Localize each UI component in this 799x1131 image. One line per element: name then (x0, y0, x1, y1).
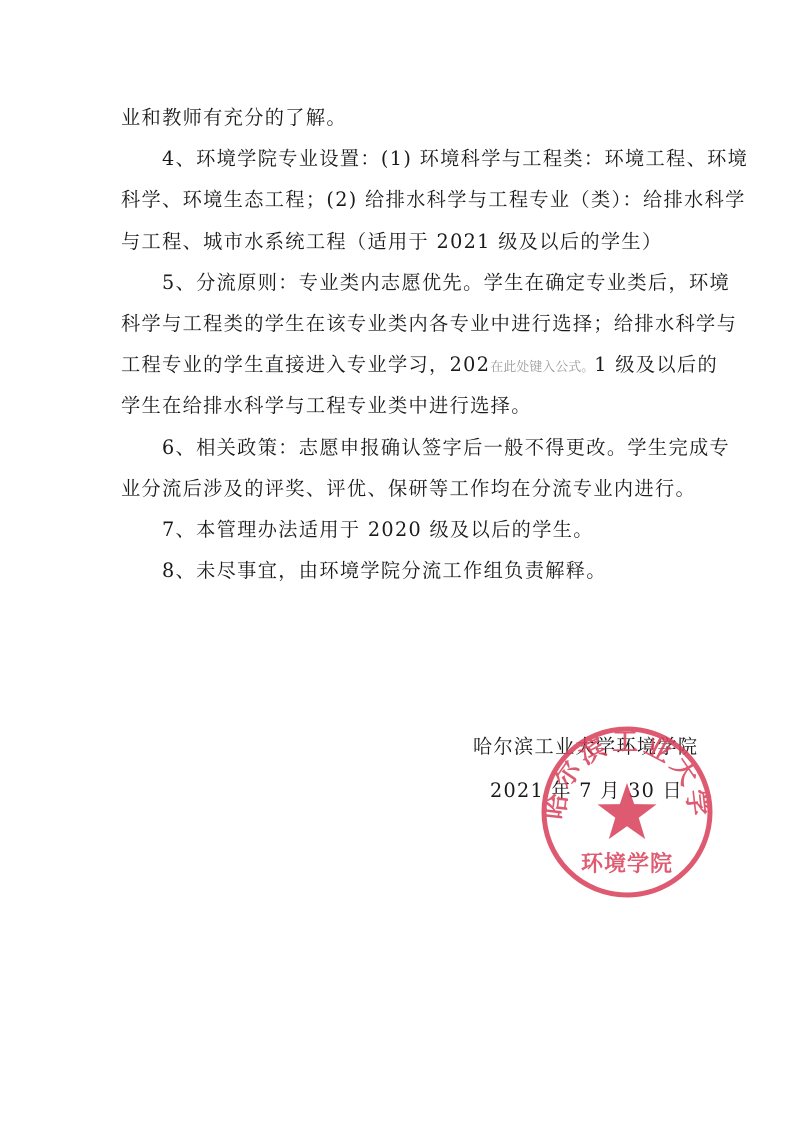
text-line-item-4: 4、环境学院专业设置：(1) 环境科学与工程类：环境工程、环境 (121, 138, 681, 179)
text-line: 科学、环境生态工程；(2) 给排水科学与工程专业（类）：给排水科学 (121, 179, 681, 220)
text-line: 科学与工程类的学生在该专业类内各专业中进行选择；给排水科学与 (121, 303, 681, 344)
seal-inner-text: 环境学院 (581, 851, 673, 877)
text-segment: 工程专业的学生直接进入专业学习，202 (121, 353, 490, 376)
document-page: 业和教师有充分的了解。 4、环境学院专业设置：(1) 环境科学与工程类：环境工程… (0, 0, 799, 1131)
signature-date: 2021 年 7 月 30 日 (473, 769, 683, 813)
text-line-item-6: 6、相关政策：志愿申报确认签字后一般不得更改。学生完成专 (121, 427, 681, 468)
text-line-item-7: 7、本管理办法适用于 2020 级及以后的学生。 (121, 509, 681, 550)
equation-placeholder[interactable]: 在此处键入公式。 (490, 360, 594, 375)
text-line-with-equation: 工程专业的学生直接进入专业学习，202在此处键入公式。1 级及以后的 (121, 344, 681, 385)
text-line-item-5: 5、分流原则：专业类内志愿优先。学生在确定专业类后，环境 (121, 262, 681, 303)
signature-organization: 哈尔滨工业大学环境学院 (473, 725, 683, 769)
document-body: 业和教师有充分的了解。 4、环境学院专业设置：(1) 环境科学与工程类：环境工程… (121, 97, 681, 591)
text-line: 业分流后涉及的评奖、评优、保研等工作均在分流专业内进行。 (121, 468, 681, 509)
text-line-item-8: 8、未尽事宜，由环境学院分流工作组负责解释。 (121, 550, 681, 591)
text-segment: 1 级及以后的 (594, 353, 718, 376)
text-line: 业和教师有充分的了解。 (121, 97, 681, 138)
text-line: 学生在给排水科学与工程专业类中进行选择。 (121, 385, 681, 426)
text-line: 与工程、城市水系统工程（适用于 2021 级及以后的学生） (121, 221, 681, 262)
signature-block: 哈尔滨工业大学环境学院 2021 年 7 月 30 日 (473, 725, 683, 813)
